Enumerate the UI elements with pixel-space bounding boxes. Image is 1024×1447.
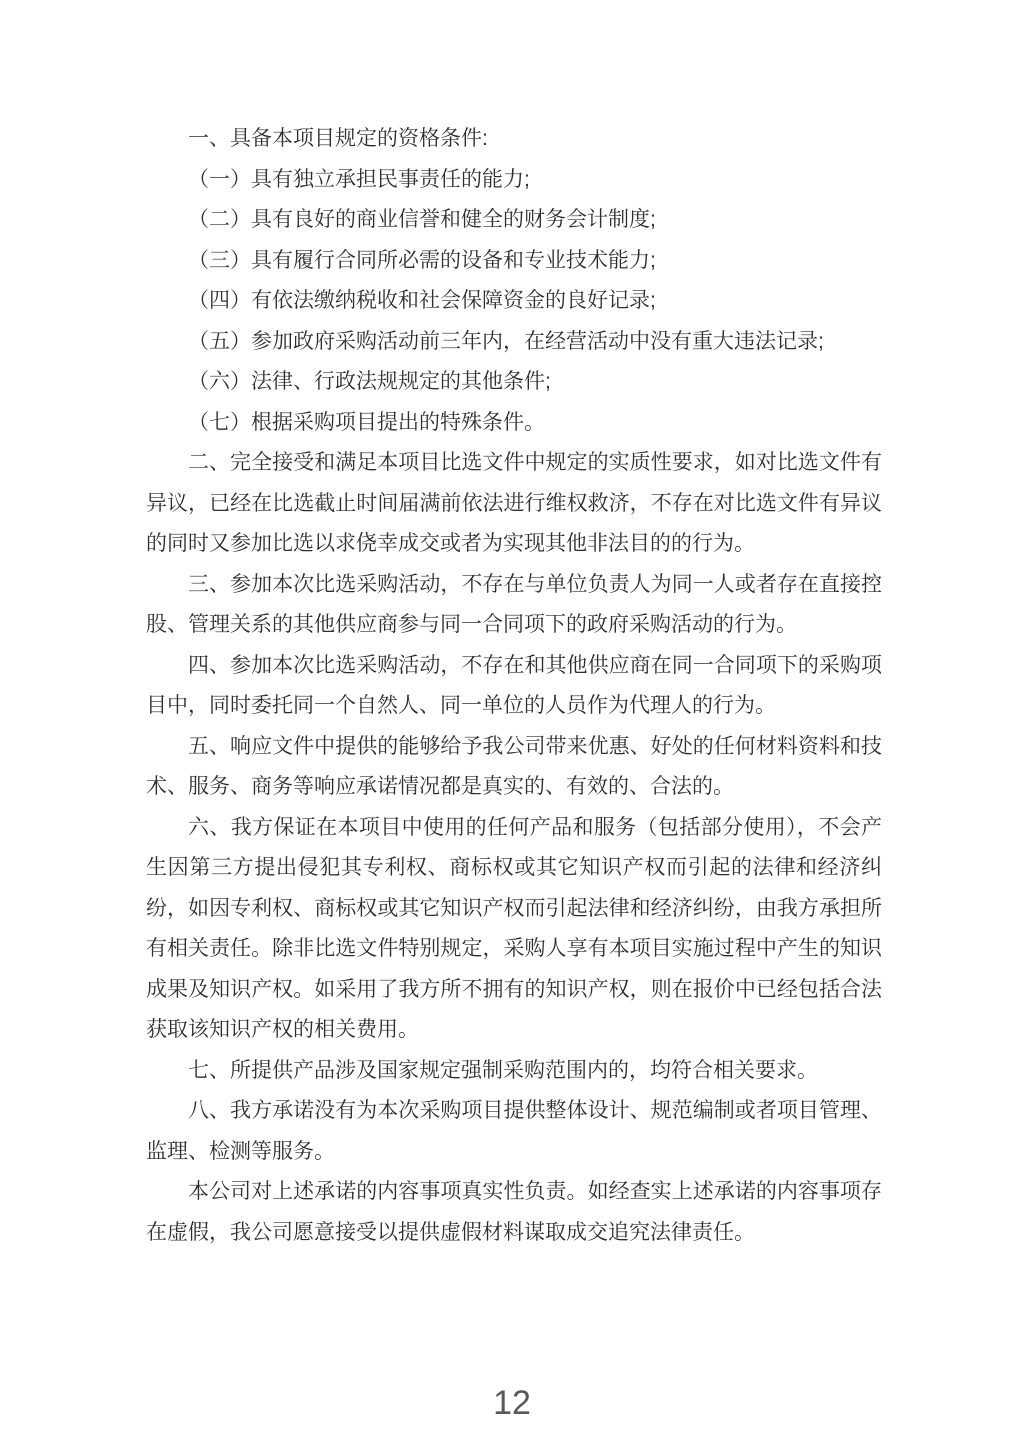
paragraph: （六）法律、行政法规规定的其他条件; bbox=[146, 362, 882, 403]
document-page: 一、具备本项目规定的资格条件:（一）具有独立承担民事责任的能力;（二）具有良好的… bbox=[0, 0, 1024, 1447]
paragraph: 三、参加本次比选采购活动，不存在与单位负责人为同一人或者存在直接控股、管理关系的… bbox=[146, 565, 882, 646]
paragraph: 七、所提供产品涉及国家规定强制采购范围内的，均符合相关要求。 bbox=[146, 1051, 882, 1092]
paragraph: （七）根据采购项目提出的特殊条件。 bbox=[146, 403, 882, 444]
paragraph: （四）有依法缴纳税收和社会保障资金的良好记录; bbox=[146, 281, 882, 322]
paragraph: （二）具有良好的商业信誉和健全的财务会计制度; bbox=[146, 200, 882, 241]
page-number: 12 bbox=[0, 1383, 1024, 1424]
paragraph: （五）参加政府采购活动前三年内，在经营活动中没有重大违法记录; bbox=[146, 322, 882, 363]
paragraph: 本公司对上述承诺的内容事项真实性负责。如经查实上述承诺的内容事项存在虚假，我公司… bbox=[146, 1172, 882, 1253]
paragraph: （三）具有履行合同所必需的设备和专业技术能力; bbox=[146, 241, 882, 282]
paragraph: 二、完全接受和满足本项目比选文件中规定的实质性要求，如对比选文件有异议，已经在比… bbox=[146, 443, 882, 565]
paragraph: 六、我方保证在本项目中使用的任何产品和服务（包括部分使用），不会产生因第三方提出… bbox=[146, 808, 882, 1051]
paragraph: 五、响应文件中提供的能够给予我公司带来优惠、好处的任何材料资料和技术、服务、商务… bbox=[146, 727, 882, 808]
paragraph: 四、参加本次比选采购活动，不存在和其他供应商在同一合同项下的采购项目中，同时委托… bbox=[146, 646, 882, 727]
document-body: 一、具备本项目规定的资格条件:（一）具有独立承担民事责任的能力;（二）具有良好的… bbox=[146, 119, 882, 1253]
paragraph: （一）具有独立承担民事责任的能力; bbox=[146, 160, 882, 201]
paragraph: 八、我方承诺没有为本次采购项目提供整体设计、规范编制或者项目管理、监理、检测等服… bbox=[146, 1091, 882, 1172]
paragraph: 一、具备本项目规定的资格条件: bbox=[146, 119, 882, 160]
